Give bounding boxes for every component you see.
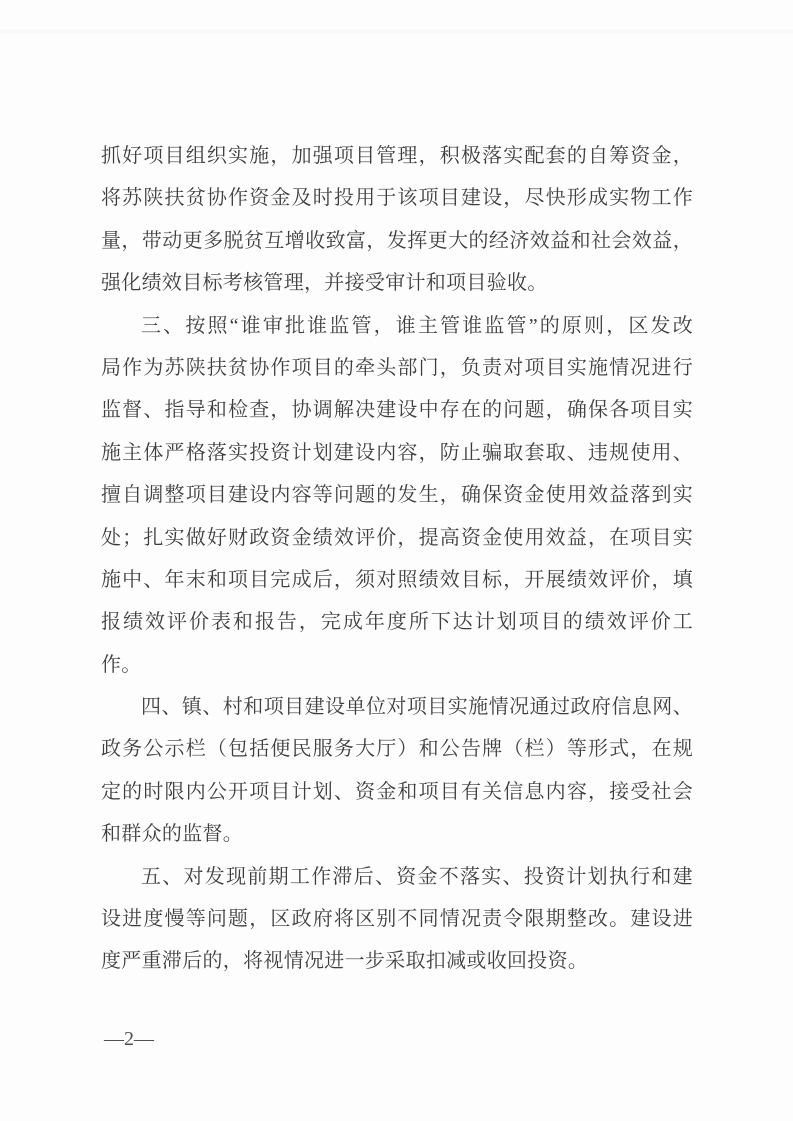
text-line: 政务公示栏（包括便民服务大厅）和公告牌（栏）等形式，在规 bbox=[101, 728, 693, 770]
text-line: 五、对发现前期工作滞后、资金不落实、投资计划执行和建 bbox=[101, 856, 693, 898]
text-line: 报绩效评价表和报告，完成年度所下达计划项目的绩效评价工 bbox=[101, 601, 693, 643]
text-line: 抓好项目组织实施，加强项目管理，积极落实配套的自筹资金， bbox=[101, 135, 693, 177]
text-line: 定的时限内公开项目计划、资金和项目有关信息内容，接受社会 bbox=[101, 771, 693, 813]
scan-artifact-band bbox=[0, 29, 793, 34]
text-line: 施中、年末和项目完成后，须对照绩效目标，开展绩效评价，填 bbox=[101, 559, 693, 601]
text-line: 度严重滞后的，将视情况进一步采取扣减或收回投资。 bbox=[101, 940, 693, 982]
paragraph-continuation: 抓好项目组织实施，加强项目管理，积极落实配套的自筹资金， 将苏陕扶贫协作资金及时… bbox=[101, 135, 693, 305]
text-line: 施主体严格落实投资计划建设内容，防止骗取套取、违规使用、 bbox=[101, 432, 693, 474]
text-line: 作。 bbox=[101, 644, 693, 686]
text-line: 局作为苏陕扶贫协作项目的牵头部门，负责对项目实施情况进行 bbox=[101, 347, 693, 389]
text-line: 和群众的监督。 bbox=[101, 813, 693, 855]
text-line: 将苏陕扶贫协作资金及时投用于该项目建设，尽快形成实物工作 bbox=[101, 177, 693, 219]
page-number: —2— bbox=[104, 1025, 154, 1053]
text-line: 擅自调整项目建设内容等问题的发生，确保资金使用效益落到实 bbox=[101, 474, 693, 516]
paragraph-item-3: 三、按照“谁审批谁监管，谁主管谁监管”的原则，区发改 局作为苏陕扶贫协作项目的牵… bbox=[101, 305, 693, 687]
text-line: 设进度慢等问题，区政府将区别不同情况责令限期整改。建设进 bbox=[101, 898, 693, 940]
text-line: 强化绩效目标考核管理，并接受审计和项目验收。 bbox=[101, 262, 693, 304]
paragraph-item-5: 五、对发现前期工作滞后、资金不落实、投资计划执行和建 设进度慢等问题，区政府将区… bbox=[101, 856, 693, 983]
document-page: 抓好项目组织实施，加强项目管理，积极落实配套的自筹资金， 将苏陕扶贫协作资金及时… bbox=[0, 0, 793, 1121]
text-line: 四、镇、村和项目建设单位对项目实施情况通过政府信息网、 bbox=[101, 686, 693, 728]
document-body: 抓好项目组织实施，加强项目管理，积极落实配套的自筹资金， 将苏陕扶贫协作资金及时… bbox=[101, 135, 693, 983]
text-line: 处；扎实做好财政资金绩效评价，提高资金使用效益，在项目实 bbox=[101, 517, 693, 559]
text-line: 三、按照“谁审批谁监管，谁主管谁监管”的原则，区发改 bbox=[101, 305, 693, 347]
paragraph-item-4: 四、镇、村和项目建设单位对项目实施情况通过政府信息网、 政务公示栏（包括便民服务… bbox=[101, 686, 693, 856]
text-line: 量，带动更多脱贫互增收致富，发挥更大的经济效益和社会效益， bbox=[101, 220, 693, 262]
text-line: 监督、指导和检查，协调解决建设中存在的问题，确保各项目实 bbox=[101, 389, 693, 431]
